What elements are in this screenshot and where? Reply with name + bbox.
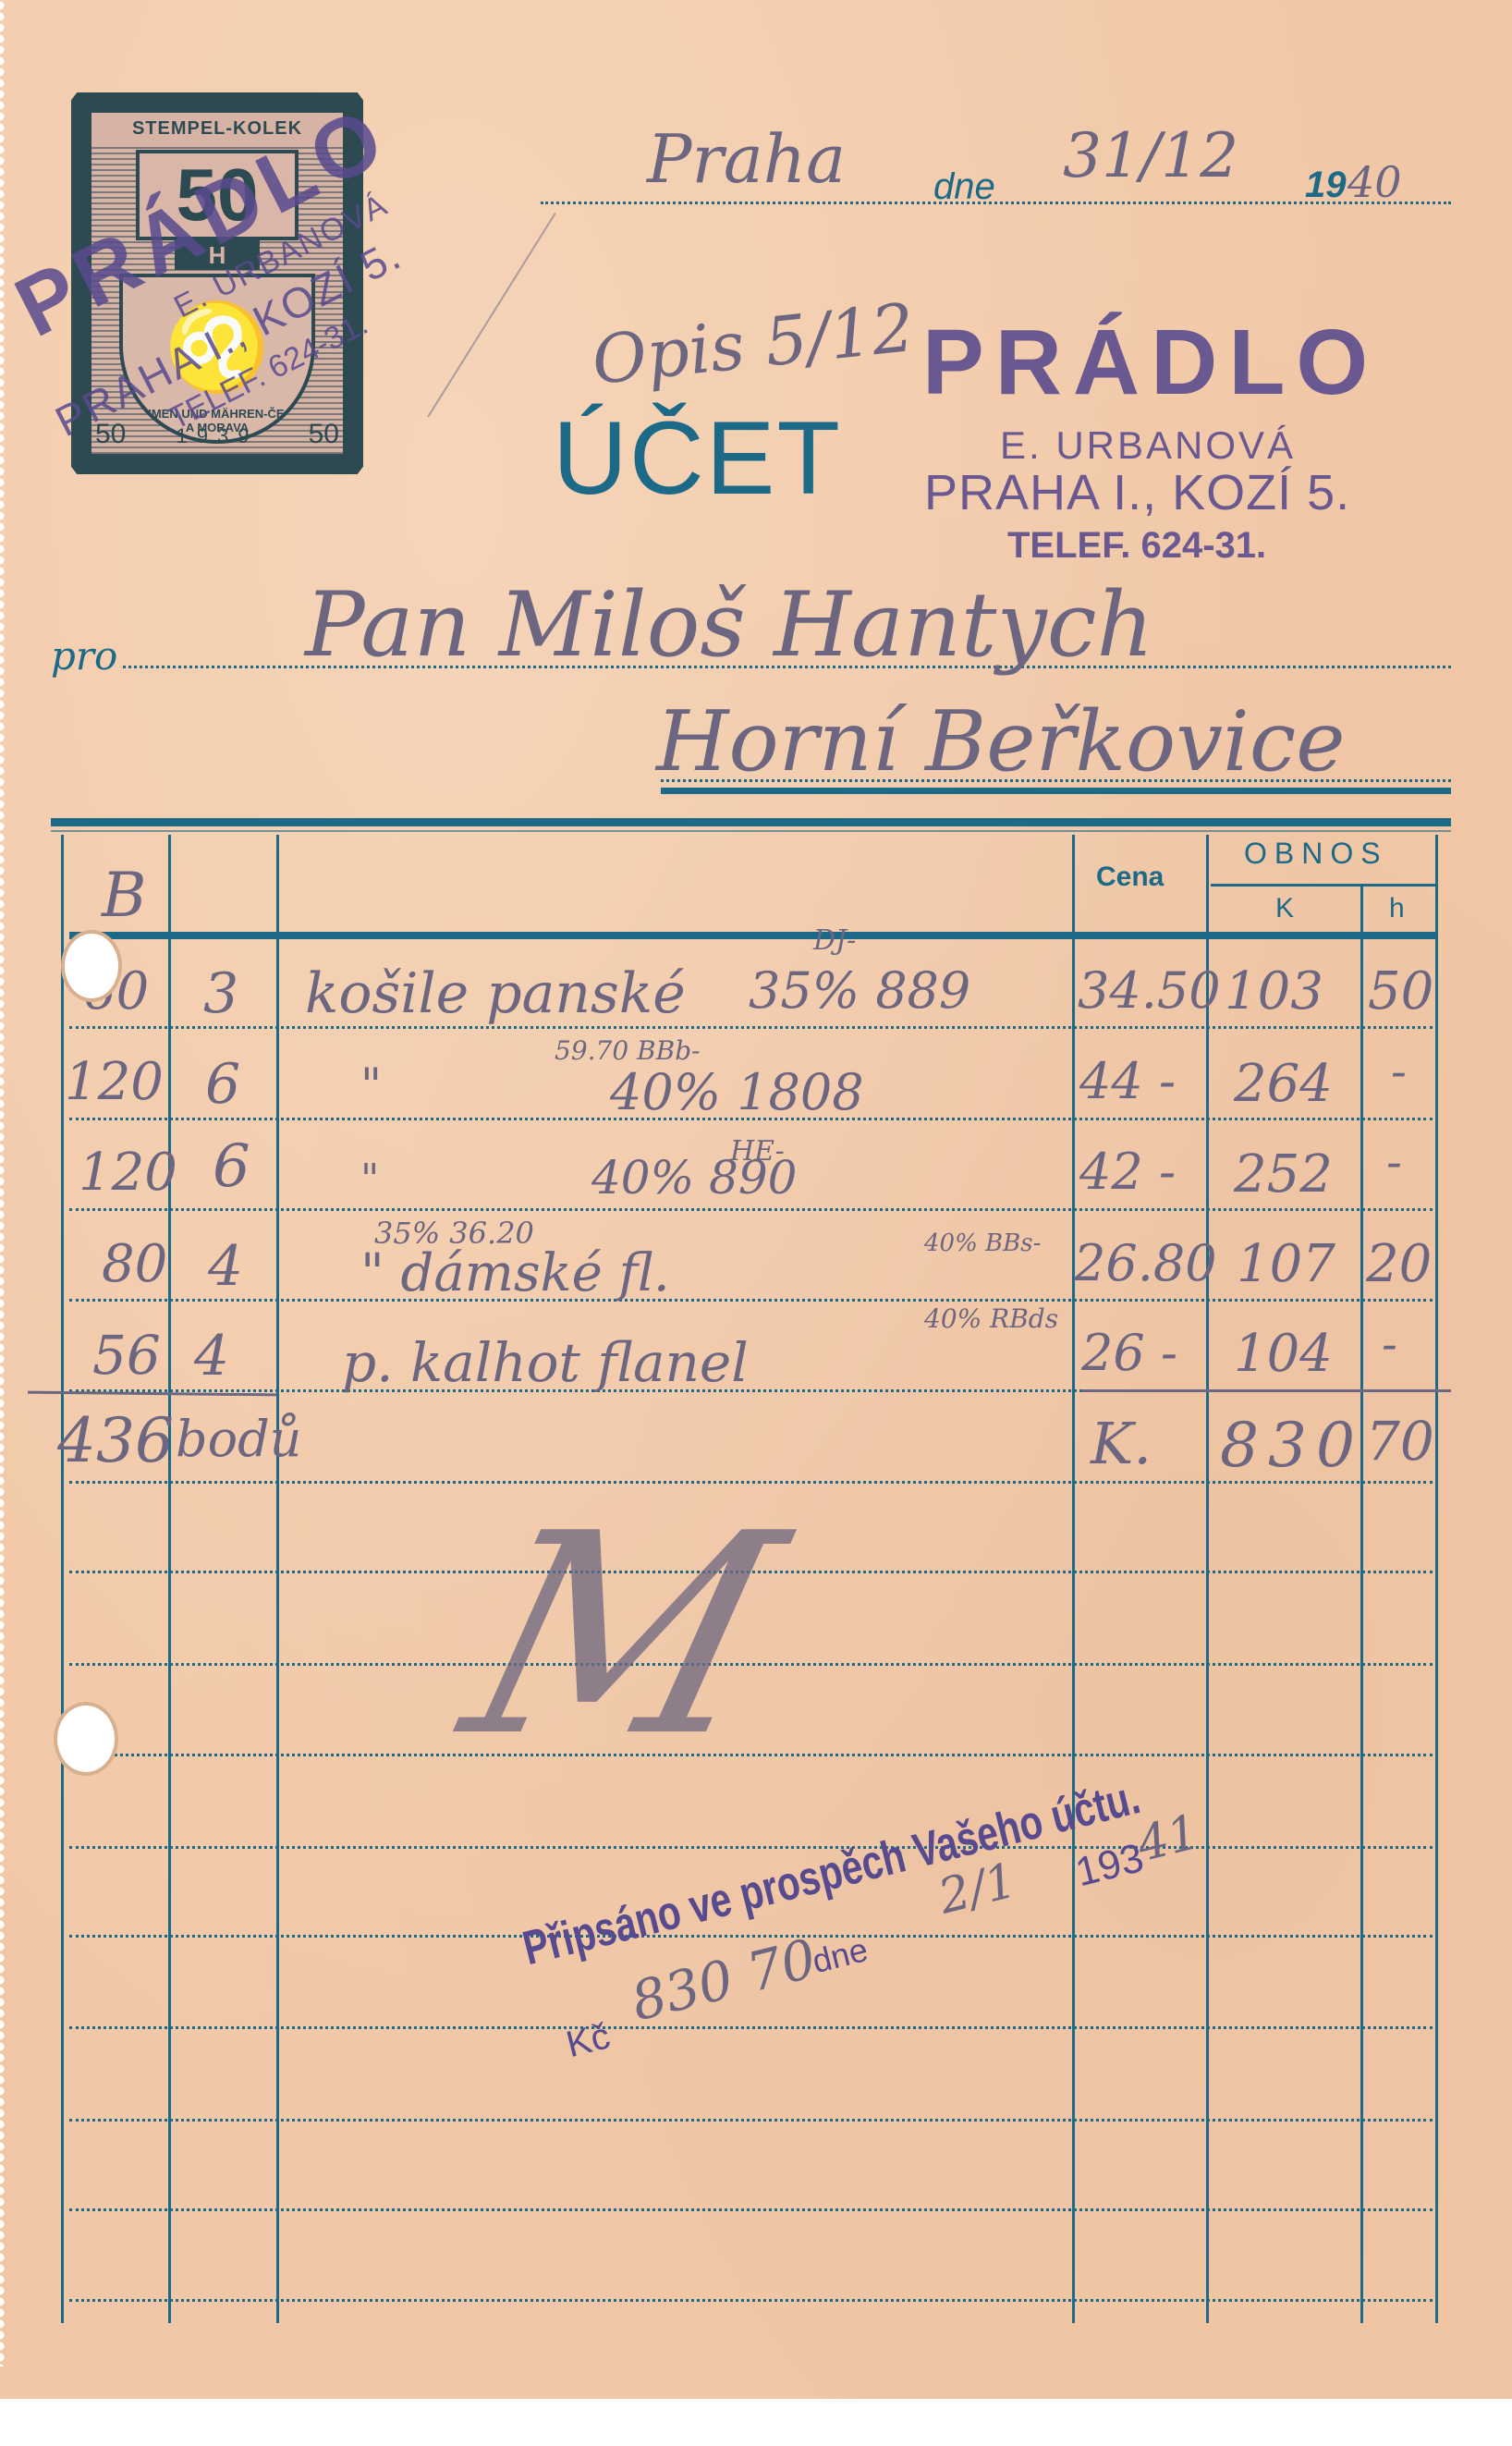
row-qty: 4 [194,1324,229,1388]
row-qty: 6 [205,1052,240,1117]
col-divider-5 [1206,835,1209,2323]
row-line [69,2119,1433,2122]
right-stamp-name: PRÁDLO [922,316,1379,409]
row-amount-k: 103 [1225,961,1323,1021]
date-handwritten: 31/12 [1063,120,1238,191]
total-points: 436 [57,1405,174,1476]
row-qty: 4 [208,1234,243,1299]
row-price: 34.50 [1078,961,1221,1020]
row-line [69,1208,1433,1211]
header-amount-h: h [1389,893,1405,924]
row-line [69,2208,1433,2211]
punch-hole-bottom [57,1706,115,1772]
row-line [69,1846,1433,1849]
obnos-subdivider [1211,884,1435,887]
row-description: p. kalhot flanel [342,1331,749,1394]
row-points: 80 [102,1234,167,1294]
document-title: ÚČET [553,407,842,510]
payment-dne-label: dne [809,1930,872,1981]
row-description: " dámské fl. [360,1243,670,1303]
row-points: 56 [92,1324,161,1387]
row-line [69,1754,1433,1756]
punch-hole-top [65,934,118,998]
header-amount-group: OBNOS [1244,837,1388,871]
col-divider-6 [1360,885,1363,2323]
row-amount-k: 104 [1234,1324,1333,1384]
table-top-thin-line [51,830,1451,832]
payment-kc-label: Kč [562,2015,614,2066]
table-top-thick-line [51,818,1451,826]
row-amount-k: 264 [1234,1054,1333,1114]
total-currency: K. [1091,1410,1152,1477]
row-description: " [360,1156,379,1203]
row-note: 40% 890 [591,1151,797,1205]
row-description: košile panské [305,961,686,1026]
row-amount-h: 20 [1366,1234,1432,1294]
row-description: " [360,1058,382,1112]
row-amount-h: - [1386,1135,1402,1189]
row-price: 26.80 [1074,1234,1217,1292]
row-note: 40% BBs- [924,1229,1041,1257]
invoice-document: STEMPEL-KOLEK 50 H ♌ BÖHMEN UND MÄHREN-Č… [0,0,1512,2446]
header-col1-handwritten: B [102,860,147,931]
row-note: 35% 889 [749,961,970,1020]
row-qty: 3 [203,961,238,1026]
right-stamp-owner: E. URBANOVÁ [1000,423,1296,468]
row-note: 40% RBds [924,1303,1058,1334]
recipient-name: Pan Miloš Hantych [305,573,1153,677]
row-amount-h: - [1382,1317,1397,1371]
right-stamp-phone: TELEF. 624-31. [1007,525,1266,567]
row-amount-k: 252 [1234,1144,1333,1205]
row-line [69,2299,1433,2302]
row-price: 42 - [1079,1143,1176,1201]
right-stamp-address: PRAHA I., KOZÍ 5. [924,464,1350,521]
row-note-super: 59.70 BBb- [555,1035,701,1066]
place-handwritten: Praha [647,120,846,198]
year-handwritten: 40 [1347,157,1402,207]
row-points: 120 [65,1052,164,1112]
row-points: 120 [79,1143,177,1203]
col-divider-1 [61,835,64,2323]
opis-note: Opis 5/12 [589,288,919,399]
total-amount-k: 830 [1220,1410,1364,1481]
col-divider-7 [1435,835,1438,2323]
row-line [69,1026,1433,1029]
row-amount-k: 107 [1237,1234,1335,1294]
pro-label: pro [51,633,117,679]
header-amount-k: K [1275,893,1294,924]
row-qty: 6 [213,1132,250,1201]
row-amount-h: 50 [1368,961,1433,1021]
row-note: 40% 1808 [610,1063,864,1121]
col-divider-2 [168,835,171,2323]
payment-stamp: Připsáno ve prospěch Vašeho účtu. Kč 830… [518,1753,1239,2085]
payment-year-printed: 193 [1071,1835,1148,1896]
signature: M [446,1498,799,1775]
total-underline-right [1081,1389,1451,1392]
col-divider-3 [276,835,279,2323]
row-price: 44 - [1079,1052,1176,1110]
stamp-corner-right: 50 [309,419,339,450]
row-line [69,1299,1433,1302]
bottom-margin [0,2399,1512,2446]
year-printed: 19 [1305,165,1347,206]
row-amount-h: - [1391,1045,1407,1098]
col-divider-4 [1072,835,1075,2323]
header-bottom-line [69,932,1437,939]
row-price: 26 - [1081,1324,1177,1382]
total-amount-h: 70 [1366,1410,1434,1473]
total-label: bodů [176,1410,301,1468]
dne-label: dne [933,166,995,208]
recipient-place: Horní Beřkovice [656,693,1346,790]
right-rubber-stamp: PRÁDLO E. URBANOVÁ PRAHA I., KOZÍ 5. TEL… [915,314,1414,573]
header-price: Cena [1096,862,1164,893]
row-note-super: DJ- [813,924,856,957]
